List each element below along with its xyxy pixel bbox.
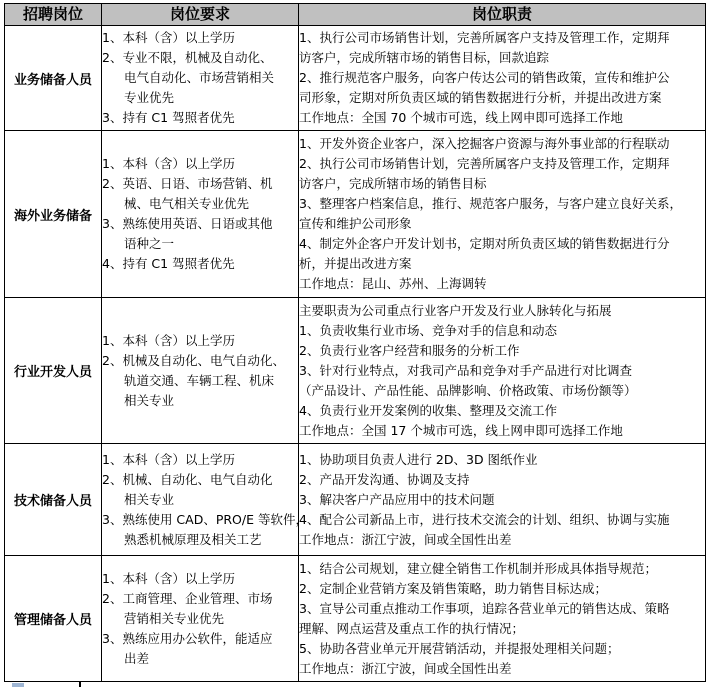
requirement-line: 熟悉机械原理及相关工艺 — [102, 530, 298, 550]
requirements-cell: 1、本科（含）以上学历2、专业不限，机械及自动化、电气自动化、市场营销相关专业优… — [102, 26, 299, 131]
table-row: 行业开发人员1、本科（含）以上学历2、机械及自动化、电气自动化、轨道交通、车辆工… — [5, 298, 706, 444]
duty-line: 工作地点：浙江宁波，间或全国性出差 — [299, 659, 705, 679]
duty-line: 3、解决客户产品应用中的技术问题 — [299, 490, 705, 510]
duty-line: 主要职责为公司重点行业客户开发及行业人脉转化与拓展 — [299, 301, 705, 321]
requirement-line: 2、机械及自动化、电气自动化、 — [102, 351, 298, 371]
duty-line: （产品设计、产品性能、品牌影响、价格政策、市场份额等） — [299, 381, 705, 401]
position-name: 行业开发人员 — [5, 298, 102, 444]
position-name: 技术储备人员 — [5, 444, 102, 556]
duty-line: 3、整理客户档案信息，推行、规范客户服务，与客户建立良好关系， — [299, 194, 705, 214]
requirement-line: 1、本科（含）以上学历 — [102, 450, 298, 470]
requirement-line: 相关专业 — [102, 490, 298, 510]
requirement-line: 3、熟练使用英语、日语或其他 — [102, 214, 298, 234]
header-duties: 岗位职责 — [299, 4, 706, 26]
duty-line: 4、负责行业开发案例的收集、整理及交流工作 — [299, 401, 705, 421]
duty-line: 3、针对行业特点，对我司产品和竞争对手产品进行对比调查 — [299, 361, 705, 381]
requirements-cell: 1、本科（含）以上学历2、机械及自动化、电气自动化、轨道交通、车辆工程、机床相关… — [102, 298, 299, 444]
duty-line: 4、配合公司新品上市，进行技术交流会的计划、组织、协调与实施 — [299, 510, 705, 530]
table-body: 业务储备人员1、本科（含）以上学历2、专业不限，机械及自动化、电气自动化、市场营… — [5, 26, 706, 682]
document-icon — [12, 683, 24, 687]
requirement-line: 1、本科（含）以上学历 — [102, 28, 298, 48]
requirement-line: 2、英语、日语、市场营销、机 — [102, 174, 298, 194]
header-requirements: 岗位要求 — [102, 4, 299, 26]
duty-line: 2、产品开发沟通、协调及支持 — [299, 470, 705, 490]
requirement-line: 电气自动化、市场营销相关 — [102, 68, 298, 88]
position-name: 管理储备人员 — [5, 556, 102, 682]
requirement-line: 3、熟练应用办公软件，能适应 — [102, 629, 298, 649]
requirement-line: 3、持有 C1 驾照者优先 — [102, 108, 298, 128]
position-name: 业务储备人员 — [5, 26, 102, 131]
table-row: 业务储备人员1、本科（含）以上学历2、专业不限，机械及自动化、电气自动化、市场营… — [5, 26, 706, 131]
requirement-line: 2、工商管理、企业管理、市场 — [102, 589, 298, 609]
duty-line: 工作地点：全国 70 个城市可选，线上网申即可选择工作地 — [299, 108, 705, 128]
duty-line: 析，并提出改进方案 — [299, 254, 705, 274]
requirement-line: 3、熟练使用 CAD、PRO/E 等软件， — [102, 510, 298, 530]
requirement-line: 4、持有 C1 驾照者优先 — [102, 254, 298, 274]
requirement-line: 专业优先 — [102, 88, 298, 108]
table-row: 海外业务储备1、本科（含）以上学历2、英语、日语、市场营销、机械、电气相关专业优… — [5, 131, 706, 298]
duties-cell: 主要职责为公司重点行业客户开发及行业人脉转化与拓展1、负责收集行业市场、竞争对手… — [299, 298, 706, 444]
requirement-line: 2、机械、自动化、电气自动化 — [102, 470, 298, 490]
duty-line: 1、执行公司市场销售计划，完善所属客户支持及管理工作，定期拜 — [299, 28, 705, 48]
requirement-line: 2、专业不限，机械及自动化、 — [102, 48, 298, 68]
duty-line: 1、负责收集行业市场、竞争对手的信息和动态 — [299, 321, 705, 341]
requirement-line: 出差 — [102, 649, 298, 669]
duty-line: 工作地点：浙江宁波，间或全国性出差 — [299, 530, 705, 550]
duty-line: 3、宣导公司重点推动工作事项，追踪各营业单元的销售达成、策略 — [299, 599, 705, 619]
duty-line: 工作地点：全国 17 个城市可选，线上网申即可选择工作地 — [299, 421, 705, 441]
recruitment-table: 招聘岗位 岗位要求 岗位职责 业务储备人员1、本科（含）以上学历2、专业不限，机… — [4, 3, 706, 682]
requirement-line: 1、本科（含）以上学历 — [102, 154, 298, 174]
duty-line: 4、制定外企客户开发计划书，定期对所负责区域的销售数据进行分 — [299, 234, 705, 254]
duty-line: 理解、网点运营及重点工作的执行情况； — [299, 619, 705, 639]
requirement-line: 轨道交通、车辆工程、机床 — [102, 371, 298, 391]
duties-cell: 1、开发外资企业客户，深入挖掘客户资源与海外事业部的行程联动2、执行公司市场销售… — [299, 131, 706, 298]
duty-line: 5、协助各营业单元开展营销活动，并提报处理相关问题； — [299, 639, 705, 659]
duty-line: 宣传和维护公司形象 — [299, 214, 705, 234]
table-row: 技术储备人员1、本科（含）以上学历2、机械、自动化、电气自动化相关专业3、熟练使… — [5, 444, 706, 556]
duties-cell: 1、执行公司市场销售计划，完善所属客户支持及管理工作，定期拜访客户，完成所辖市场… — [299, 26, 706, 131]
duty-line: 2、执行公司市场销售计划，完善所属客户支持及管理工作，定期拜 — [299, 154, 705, 174]
duties-cell: 1、协助项目负责人进行 2D、3D 图纸作业2、产品开发沟通、协调及支持3、解决… — [299, 444, 706, 556]
requirement-line: 营销相关专业优先 — [102, 609, 298, 629]
duties-cell: 1、结合公司规划，建立健全销售工作机制并形成具体指导规范；2、定制企业营销方案及… — [299, 556, 706, 682]
duty-line: 1、协助项目负责人进行 2D、3D 图纸作业 — [299, 450, 705, 470]
requirements-cell: 1、本科（含）以上学历2、工商管理、企业管理、市场营销相关专业优先3、熟练应用办… — [102, 556, 299, 682]
duty-line: 访客户，完成所辖市场的销售目标，回款追踪 — [299, 48, 705, 68]
requirement-line: 械、电气相关专业优先 — [102, 194, 298, 214]
requirement-line: 相关专业 — [102, 391, 298, 411]
requirements-cell: 1、本科（含）以上学历2、英语、日语、市场营销、机械、电气相关专业优先3、熟练使… — [102, 131, 299, 298]
duty-line: 司形象，定期对所负责区域的销售数据进行分析，并提出改进方案 — [299, 88, 705, 108]
table-row: 管理储备人员1、本科（含）以上学历2、工商管理、企业管理、市场营销相关专业优先3… — [5, 556, 706, 682]
divider — [79, 681, 81, 687]
duty-line: 1、结合公司规划，建立健全销售工作机制并形成具体指导规范； — [299, 559, 705, 579]
duty-line: 2、推行规范客户服务，向客户传达公司的销售政策，宣传和维护公 — [299, 68, 705, 88]
duty-line: 访客户，完成所辖市场的销售目标 — [299, 174, 705, 194]
header-position: 招聘岗位 — [5, 4, 102, 26]
duty-line: 工作地点：昆山、苏州、上海调转 — [299, 274, 705, 294]
requirement-line: 1、本科（含）以上学历 — [102, 331, 298, 351]
requirements-cell: 1、本科（含）以上学历2、机械、自动化、电气自动化相关专业3、熟练使用 CAD、… — [102, 444, 299, 556]
duty-line: 1、开发外资企业客户，深入挖掘客户资源与海外事业部的行程联动 — [299, 134, 705, 154]
requirement-line: 语种之一 — [102, 234, 298, 254]
position-name: 海外业务储备 — [5, 131, 102, 298]
requirement-line: 1、本科（含）以上学历 — [102, 569, 298, 589]
duty-line: 2、负责行业客户经营和服务的分析工作 — [299, 341, 705, 361]
duty-line: 2、定制企业营销方案及销售策略，助力销售目标达成； — [299, 579, 705, 599]
header-row: 招聘岗位 岗位要求 岗位职责 — [5, 4, 706, 26]
